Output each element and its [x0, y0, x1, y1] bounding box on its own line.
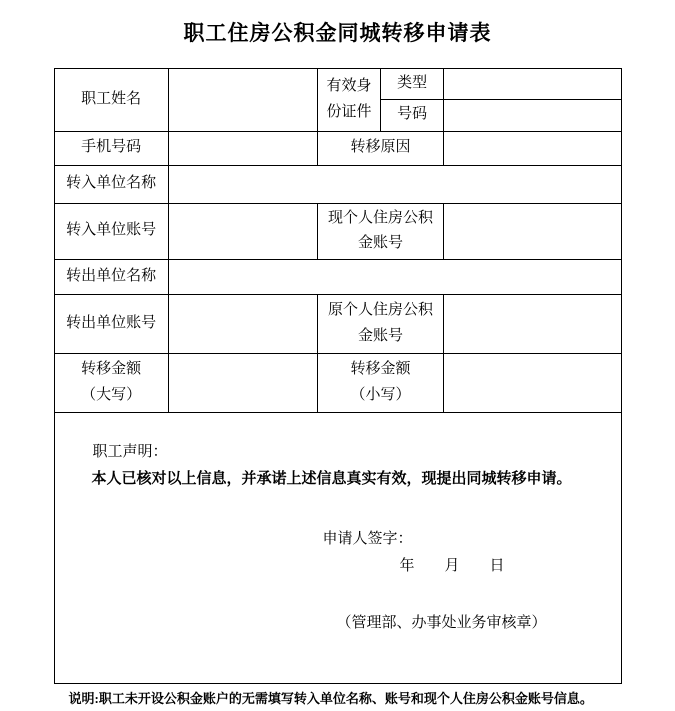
declaration-statement: 本人已核对以上信息，并承诺上述信息真实有效，现提出同城转移申请。: [92, 470, 572, 490]
original-fund-account-label: 原个人住房公积 金账号: [317, 294, 443, 353]
page-title: 职工住房公积金同城转移申请表: [0, 0, 675, 46]
footnote: 说明:职工未开设公积金账户的无需填写转入单位名称、账号和现个人住房公积金账号信息…: [55, 691, 621, 708]
transfer-in-unit-name-field[interactable]: [168, 165, 621, 203]
table-row: 转入单位账号 现个人住房公积 金账号: [54, 203, 621, 259]
declaration-heading: 职工声明：: [93, 443, 168, 463]
id-type-field[interactable]: [444, 69, 621, 100]
applicant-signature-label[interactable]: 申请人签字：: [323, 530, 413, 550]
form-page: 职工住房公积金同城转移申请表 职工姓名 有效身 份证件 类型 号码 手机号码: [0, 0, 675, 707]
transfer-in-unit-name-label: 转入单位名称: [54, 165, 168, 203]
table-row: 手机号码 转移原因: [54, 131, 621, 165]
id-document-label: 有效身 份证件: [317, 69, 380, 132]
mobile-label: 手机号码: [54, 131, 168, 165]
transfer-out-unit-name-field[interactable]: [168, 259, 621, 294]
transfer-reason-field[interactable]: [444, 131, 621, 165]
transfer-in-unit-account-field[interactable]: [168, 203, 317, 259]
table-row: 转移金额 （大写） 转移金额 （小写）: [54, 353, 621, 412]
mobile-field[interactable]: [168, 131, 317, 165]
id-number-field[interactable]: [444, 99, 621, 131]
transfer-reason-label: 转移原因: [317, 131, 443, 165]
employee-name-label: 职工姓名: [54, 69, 168, 132]
table-row: 职工姓名 有效身 份证件 类型: [54, 69, 621, 100]
amount-capital-label: 转移金额 （大写）: [54, 353, 168, 412]
id-number-label: 号码: [381, 99, 444, 131]
employee-name-field[interactable]: [168, 69, 317, 132]
original-fund-account-field[interactable]: [444, 294, 621, 353]
amount-numeric-field[interactable]: [444, 353, 621, 412]
amount-capital-field[interactable]: [168, 353, 317, 412]
transfer-in-unit-account-label: 转入单位账号: [54, 203, 168, 259]
table-row: 转出单位账号 原个人住房公积 金账号: [54, 294, 621, 353]
transfer-out-unit-name-label: 转出单位名称: [54, 259, 168, 294]
declaration-cell: 职工声明： 本人已核对以上信息，并承诺上述信息真实有效，现提出同城转移申请。 申…: [54, 412, 621, 683]
review-seal-note: （管理部、办事处业务审核章）: [337, 614, 547, 634]
transfer-out-unit-account-label: 转出单位账号: [54, 294, 168, 353]
current-fund-account-field[interactable]: [444, 203, 621, 259]
current-fund-account-label: 现个人住房公积 金账号: [317, 203, 443, 259]
table-row: 职工声明： 本人已核对以上信息，并承诺上述信息真实有效，现提出同城转移申请。 申…: [54, 412, 621, 683]
date-placeholder[interactable]: 年 月 日: [400, 557, 505, 577]
transfer-out-unit-account-field[interactable]: [168, 294, 317, 353]
table-row: 转入单位名称: [54, 165, 621, 203]
amount-numeric-label: 转移金额 （小写）: [317, 353, 443, 412]
declaration-section: 职工声明： 本人已核对以上信息，并承诺上述信息真实有效，现提出同城转移申请。 申…: [55, 438, 621, 657]
table-row: 转出单位名称: [54, 259, 621, 294]
transfer-application-table: 职工姓名 有效身 份证件 类型 号码 手机号码 转移原因 转入单位名称: [54, 68, 622, 684]
id-type-label: 类型: [381, 69, 444, 100]
